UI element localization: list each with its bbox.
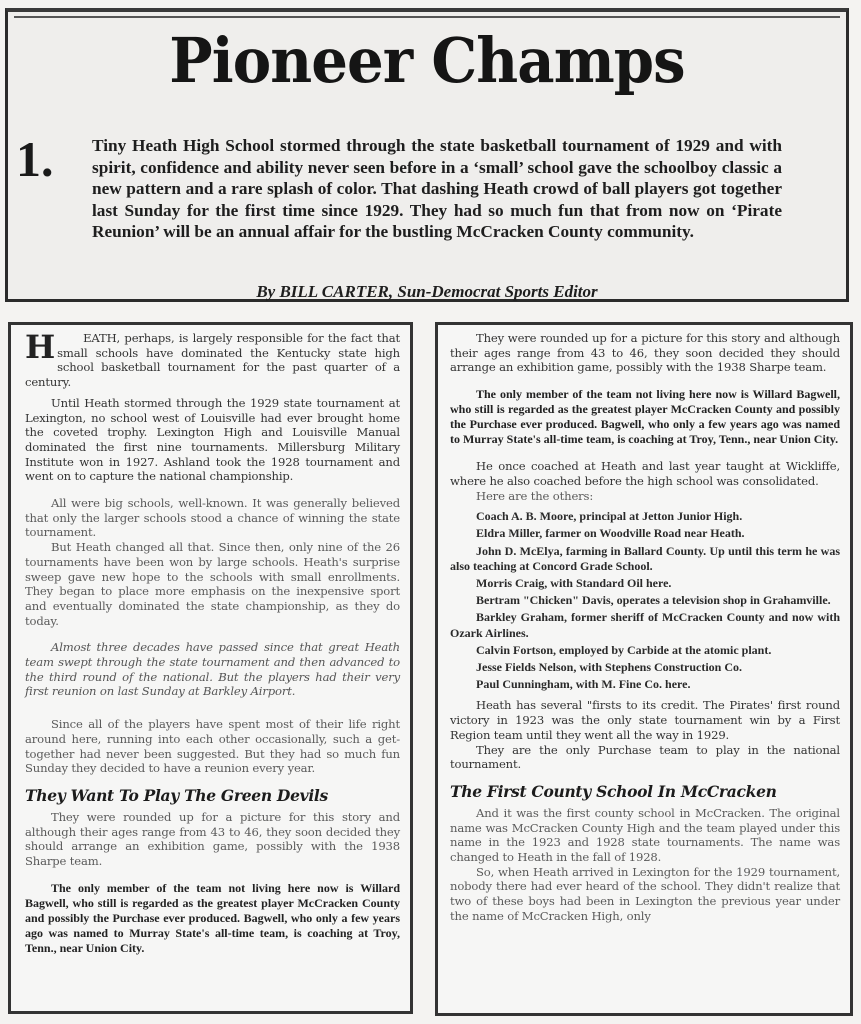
list-item: Eldra Miller, farmer on Woodville Road n…	[450, 526, 840, 541]
byline: By BILL CARTER, Sun-Democrat Sports Edit…	[8, 282, 846, 302]
others-list: Coach A. B. Moore, principal at Jetton J…	[450, 509, 840, 692]
paragraph: The only member of the team not living h…	[450, 387, 840, 447]
paragraph: HEATH, perhaps, is largely responsible f…	[25, 331, 400, 390]
left-column: HEATH, perhaps, is largely responsible f…	[8, 322, 413, 1014]
intro-paragraph: Tiny Heath High School stormed through t…	[92, 135, 782, 243]
paragraph: So, when Heath arrived in Lexington for …	[450, 865, 840, 924]
paragraph: But Heath changed all that. Since then, …	[25, 540, 400, 628]
top-rule	[14, 16, 840, 18]
list-item: Barkley Graham, former sheriff of McCrac…	[450, 610, 840, 640]
paragraph: All were big schools, well-known. It was…	[25, 496, 400, 540]
paragraph: Almost three decades have passed since t…	[25, 640, 400, 699]
list-item: Paul Cunningham, with M. Fine Co. here.	[450, 677, 840, 692]
list-item: Jesse Fields Nelson, with Stephens Const…	[450, 660, 840, 675]
headline: Pioneer Champs	[37, 24, 816, 97]
section-number: 1.	[16, 130, 54, 188]
list-item: Calvin Fortson, employed by Carbide at t…	[450, 643, 840, 658]
paragraph: Since all of the players have spent most…	[25, 717, 400, 776]
list-item: Morris Craig, with Standard Oil here.	[450, 576, 840, 591]
paragraph: Here are the others:	[450, 489, 840, 504]
headline-box: Pioneer Champs 1. Tiny Heath High School…	[5, 8, 849, 302]
paragraph: And it was the first county school in Mc…	[450, 806, 840, 865]
paragraph: Heath has several "firsts to its credit.…	[450, 698, 840, 742]
subheading: They Want To Play The Green Devils	[25, 786, 400, 806]
paragraph: Until Heath stormed through the 1929 sta…	[25, 396, 400, 484]
subheading: The First County School In McCracken	[450, 782, 840, 802]
paragraph: He once coached at Heath and last year t…	[450, 459, 840, 488]
drop-cap: H	[8, 333, 55, 361]
paragraph: The only member of the team not living h…	[25, 881, 400, 956]
list-item: Coach A. B. Moore, principal at Jetton J…	[450, 509, 840, 524]
right-column: They were rounded up for a picture for t…	[435, 322, 853, 1016]
list-item: John D. McElya, farming in Ballard Count…	[450, 544, 840, 574]
paragraph: They were rounded up for a picture for t…	[450, 331, 840, 375]
list-item: Bertram "Chicken" Davis, operates a tele…	[450, 593, 840, 608]
paragraph: They are the only Purchase team to play …	[450, 743, 840, 772]
paragraph: They were rounded up for a picture for t…	[25, 810, 400, 869]
